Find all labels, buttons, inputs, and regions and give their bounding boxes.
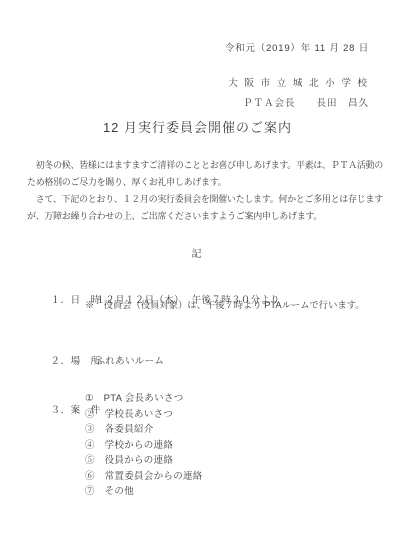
- agenda-item: ⑦ その他: [85, 484, 203, 500]
- school-name: 大 阪 市 立 城 北 小 学 校: [225, 75, 369, 89]
- agenda-item: ⑤ 役員からの連絡: [85, 453, 203, 469]
- agenda-item: ② 学校長あいさつ: [85, 407, 203, 423]
- section-datetime-note: ※ 役員会（役員対象）は、午後７時より PTAルームで行います。: [85, 297, 365, 311]
- body-text: 初冬の候、皆様にはますますご清祥のこととお喜び申しあげます。平素は、ＰＴＡ活動の…: [27, 157, 379, 225]
- document-page: 令和元（2019）年 11 月 28 日 大 阪 市 立 城 北 小 学 校 Ｐ…: [0, 0, 395, 545]
- section-place: ２．場 所ふれあいルーム: [40, 342, 164, 378]
- record-marker: 記: [0, 245, 395, 260]
- document-title: 12 月実行委員会開催のご案内: [0, 117, 395, 136]
- sender-name: ＰＴＡ会長 長田 昌久: [225, 95, 369, 109]
- body-paragraph-invitation: さて、下記のとおり、１２月の実行委員会を開催いたします。何かとご多用とは存じます…: [27, 191, 379, 225]
- agenda-list: ① PTA 会長あいさつ ② 学校長あいさつ ③ 各委員紹介 ④ 学校からの連絡…: [85, 391, 203, 500]
- section-place-value: ふれあいルーム: [96, 356, 165, 367]
- document-header: 令和元（2019）年 11 月 28 日 大 阪 市 立 城 北 小 学 校 Ｐ…: [225, 40, 369, 109]
- agenda-item: ⑥ 常置委員会からの連絡: [85, 469, 203, 485]
- agenda-item: ③ 各委員紹介: [85, 422, 203, 438]
- body-paragraph-greeting: 初冬の候、皆様にはますますご清祥のこととお喜び申しあげます。平素は、ＰＴＡ活動の…: [27, 157, 379, 191]
- agenda-item: ④ 学校からの連絡: [85, 438, 203, 454]
- issue-date: 令和元（2019）年 11 月 28 日: [225, 40, 369, 54]
- section-place-label: ２．場 所: [51, 353, 96, 367]
- agenda-item: ① PTA 会長あいさつ: [85, 391, 203, 407]
